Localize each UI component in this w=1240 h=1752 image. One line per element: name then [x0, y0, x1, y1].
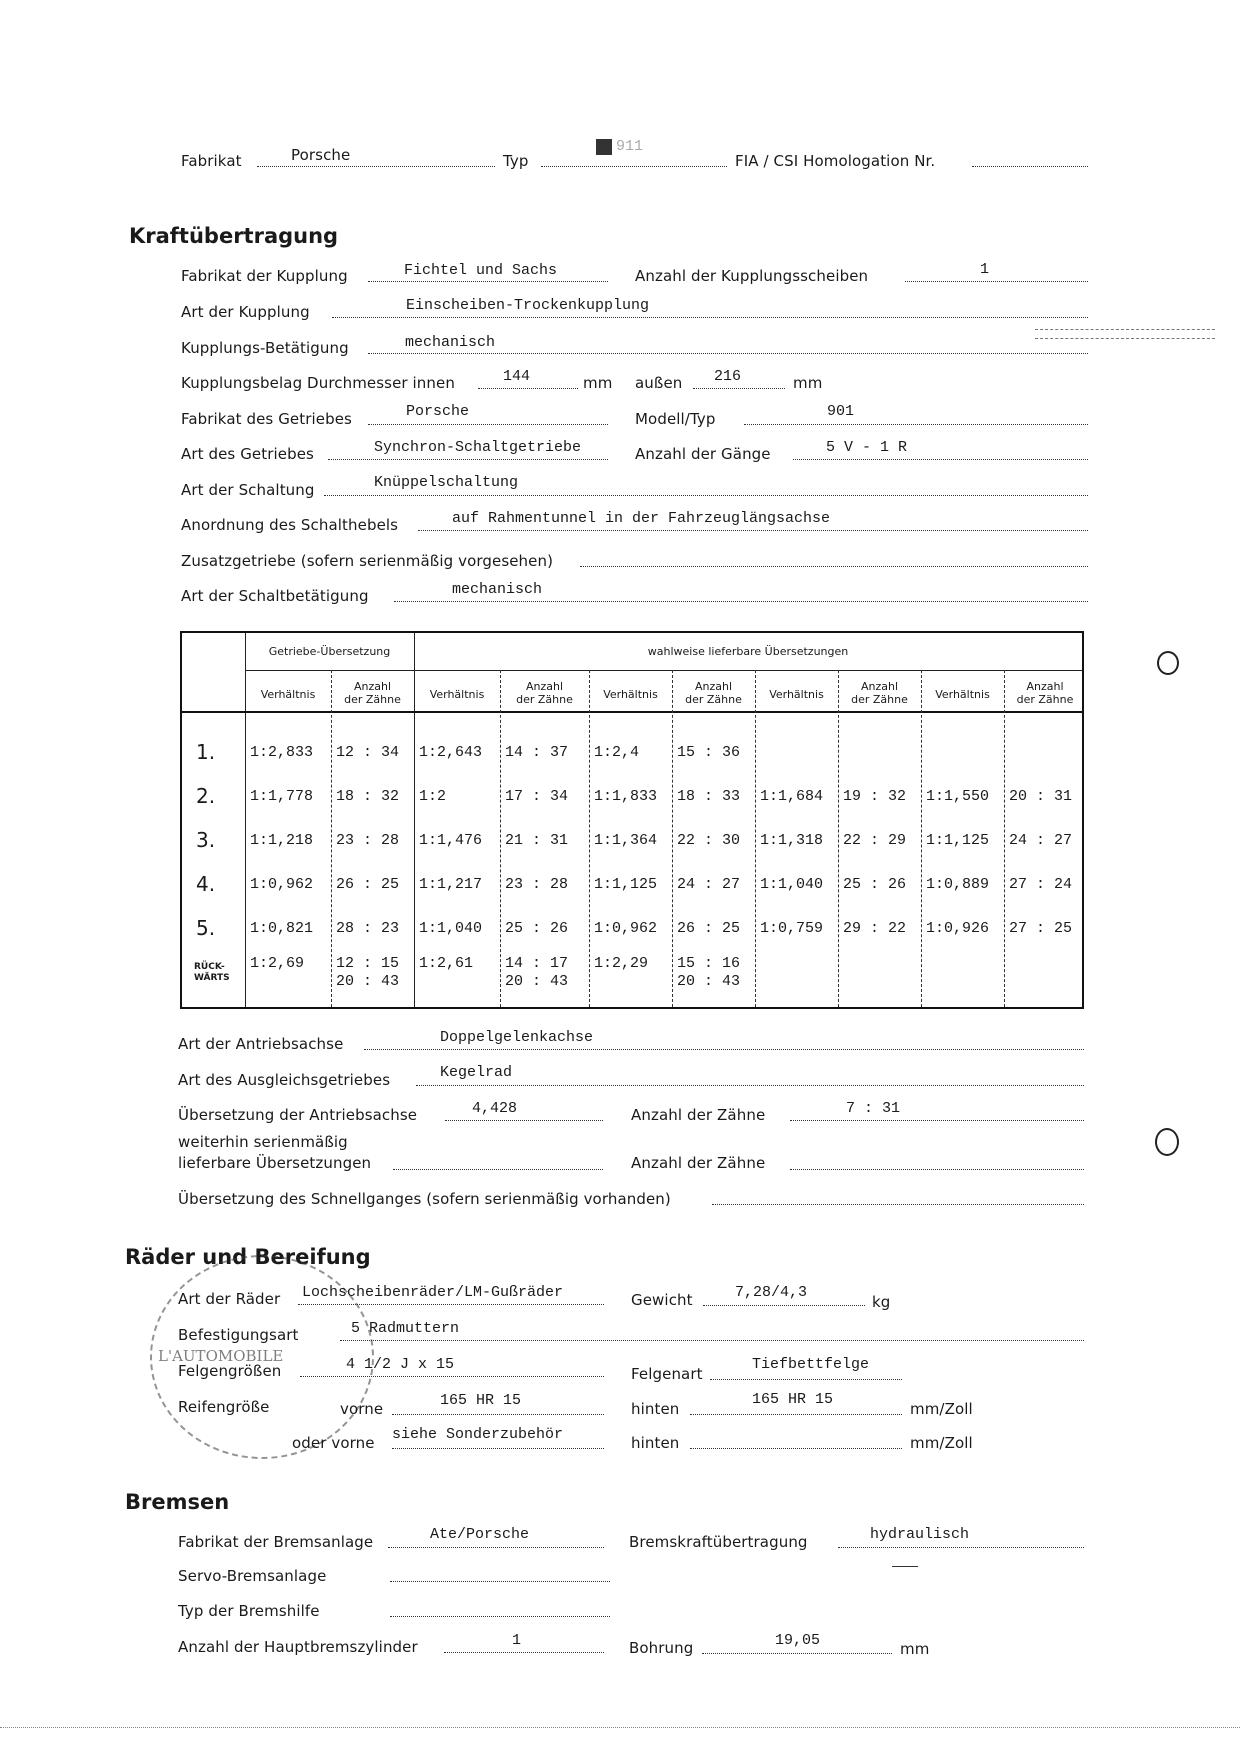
gear-ratio-table: Getriebe-Übersetzung wahlweise lieferbar… — [180, 631, 1084, 1009]
weiterhin-label-2: lieferbare Übersetzungen — [178, 1154, 371, 1172]
fabrikat-getriebe-label: Fabrikat des Getriebes — [181, 410, 352, 428]
belag-aussen-value[interactable]: 216 — [714, 368, 741, 385]
anzahl-zaehne-value[interactable]: 7 : 31 — [846, 1100, 900, 1117]
mm-zoll-label-2: mm/Zoll — [910, 1434, 973, 1452]
ratio-cell: 1:0,759 — [760, 920, 823, 937]
column-header-verhaeltnis: Verhältnis — [921, 688, 1004, 701]
column-header-verhaeltnis: Verhältnis — [245, 688, 331, 701]
vorne-label: vorne — [340, 1400, 383, 1418]
hinten-label: hinten — [631, 1400, 679, 1418]
ratio-cell: 1:2,61 — [419, 955, 473, 972]
ratio-cell: 1:0,889 — [926, 876, 989, 893]
gear-number: 2. — [196, 784, 215, 808]
art-getriebe-value[interactable]: Synchron-Schaltgetriebe — [374, 439, 581, 456]
reifen-hinten-value[interactable]: 165 HR 15 — [752, 1391, 833, 1408]
fabrikat-value[interactable]: Porsche — [291, 146, 350, 164]
oder-vorne-value[interactable]: siehe Sonderzubehör — [392, 1426, 563, 1443]
teeth-cell: 22 : 29 — [843, 832, 906, 849]
mm-zoll-label: mm/Zoll — [910, 1400, 973, 1418]
fabrikat-getriebe-value[interactable]: Porsche — [406, 403, 469, 420]
teeth-cell: 20 : 43 — [677, 973, 740, 990]
teeth-cell: 12 : 15 — [336, 955, 399, 972]
header-getriebe-uebersetzung: Getriebe-Übersetzung — [245, 645, 414, 658]
ratio-cell: 1:0,926 — [926, 920, 989, 937]
felgengroessen-label: Felgengrößen — [178, 1362, 281, 1380]
teeth-cell: 23 : 28 — [505, 876, 568, 893]
schaltbetaetigung-value[interactable]: mechanisch — [452, 581, 542, 598]
reifen-vorne-value[interactable]: 165 HR 15 — [440, 1392, 521, 1409]
teeth-cell: 26 : 25 — [677, 920, 740, 937]
column-header-verhaeltnis: Verhältnis — [589, 688, 672, 701]
antriebsachse-label: Art der Antriebsachse — [178, 1035, 343, 1053]
hinten-label-2: hinten — [631, 1434, 679, 1452]
modell-value[interactable]: 901 — [827, 403, 854, 420]
typ-label: Typ — [503, 152, 529, 170]
scan-artifact — [1035, 329, 1215, 339]
teeth-cell: 27 : 25 — [1009, 920, 1072, 937]
teeth-cell: 12 : 34 — [336, 744, 399, 761]
ratio-cell: 1:1,684 — [760, 788, 823, 805]
hauptbremszylinder-value[interactable]: 1 — [512, 1632, 521, 1649]
ratio-cell: 1:2 — [419, 788, 446, 805]
teeth-cell: 25 : 26 — [505, 920, 568, 937]
teeth-cell: 15 : 16 — [677, 955, 740, 972]
teeth-cell: 20 : 43 — [336, 973, 399, 990]
column-header-anzahl-zaehne: Anzahlder Zähne — [838, 680, 921, 706]
belag-innen-value[interactable]: 144 — [503, 368, 530, 385]
teeth-cell: 28 : 23 — [336, 920, 399, 937]
anzahl-zaehne-label: Anzahl der Zähne — [631, 1106, 765, 1124]
teeth-cell: 23 : 28 — [336, 832, 399, 849]
kupplungsscheiben-label: Anzahl der Kupplungsscheiben — [635, 267, 868, 285]
ratio-cell: 1:1,476 — [419, 832, 482, 849]
uebersetzung-antriebsachse-label: Übersetzung der Antriebsachse — [178, 1106, 417, 1124]
ratio-cell: 1:1,778 — [250, 788, 313, 805]
ratio-cell: 1:1,125 — [926, 832, 989, 849]
gear-number: 5. — [196, 916, 215, 940]
ratio-cell: 1:0,821 — [250, 920, 313, 937]
belag-label: Kupplungsbelag Durchmesser innen — [181, 374, 455, 392]
schaltbetaetigung-label: Art der Schaltbetätigung — [181, 587, 369, 605]
column-header-anzahl-zaehne: Anzahlder Zähne — [331, 680, 414, 706]
kg-label: kg — [872, 1293, 890, 1311]
teeth-cell: 25 : 26 — [843, 876, 906, 893]
gear-number: 4. — [196, 872, 215, 896]
redaction-block — [596, 139, 612, 155]
teeth-cell: 27 : 24 — [1009, 876, 1072, 893]
antriebsachse-value[interactable]: Doppelgelenkachse — [440, 1029, 593, 1046]
gewicht-value[interactable]: 7,28/4,3 — [735, 1284, 807, 1301]
bohrung-label: Bohrung — [629, 1639, 693, 1657]
teeth-cell: 22 : 30 — [677, 832, 740, 849]
ratio-cell: 1:1,125 — [594, 876, 657, 893]
schaltung-label: Art der Schaltung — [181, 481, 315, 499]
gewicht-label: Gewicht — [631, 1291, 693, 1309]
ratio-cell: 1:1,040 — [419, 920, 482, 937]
teeth-cell: 21 : 31 — [505, 832, 568, 849]
ausgleichsgetriebe-value[interactable]: Kegelrad — [440, 1064, 512, 1081]
art-getriebe-label: Art des Getriebes — [181, 445, 314, 463]
ratio-cell: 1:0,962 — [594, 920, 657, 937]
teeth-cell: 15 : 36 — [677, 744, 740, 761]
ratio-cell: 1:1,040 — [760, 876, 823, 893]
art-raeder-label: Art der Räder — [178, 1290, 280, 1308]
reifengroesse-label: Reifengröße — [178, 1398, 269, 1416]
ausgleichsgetriebe-label: Art des Ausgleichsgetriebes — [178, 1071, 390, 1089]
bremsanlage-value[interactable]: Ate/Porsche — [430, 1526, 529, 1543]
ratio-cell: 1:2,4 — [594, 744, 639, 761]
column-header-anzahl-zaehne: Anzahlder Zähne — [1004, 680, 1086, 706]
punch-hole-mark — [1157, 651, 1179, 675]
bremskraft-value[interactable]: hydraulisch — [870, 1526, 969, 1543]
bremshilfe-label: Typ der Bremshilfe — [178, 1602, 320, 1620]
modell-label: Modell/Typ — [635, 410, 715, 428]
teeth-cell: 29 : 22 — [843, 920, 906, 937]
teeth-cell: 20 : 43 — [505, 973, 568, 990]
column-divider — [672, 670, 673, 1007]
page-edge — [0, 1727, 1240, 1728]
column-header-verhaeltnis: Verhältnis — [755, 688, 838, 701]
ratio-cell: 1:1,218 — [250, 832, 313, 849]
mm-label-bohrung: mm — [900, 1640, 929, 1658]
bohrung-value[interactable]: 19,05 — [775, 1632, 820, 1649]
teeth-cell: 19 : 32 — [843, 788, 906, 805]
mm-label-2: mm — [793, 374, 822, 392]
art-kupplung-value[interactable]: Einscheiben-Trockenkupplung — [406, 297, 649, 314]
befestigungsart-label: Befestigungsart — [178, 1326, 299, 1344]
ratio-cell: 1:2,833 — [250, 744, 313, 761]
fabrikat-label: Fabrikat — [181, 152, 242, 170]
ratio-cell: 1:1,364 — [594, 832, 657, 849]
teeth-cell: 18 : 32 — [336, 788, 399, 805]
art-raeder-value[interactable]: Lochscheibenräder/LM-Gußräder — [302, 1284, 563, 1301]
ratio-cell: 1:2,69 — [250, 955, 304, 972]
teeth-cell: 18 : 33 — [677, 788, 740, 805]
column-divider — [921, 670, 922, 1007]
ratio-cell: 1:2,643 — [419, 744, 482, 761]
zusatzgetriebe-label: Zusatzgetriebe (sofern serienmäßig vorge… — [181, 552, 553, 570]
column-header-anzahl-zaehne: Anzahlder Zähne — [500, 680, 589, 706]
kupplungsscheiben-value[interactable]: 1 — [980, 261, 989, 278]
column-header-verhaeltnis: Verhältnis — [414, 688, 500, 701]
bremsanlage-label: Fabrikat der Bremsanlage — [178, 1533, 373, 1551]
bremskraft-label: Bremskraftübertragung — [629, 1533, 808, 1551]
mm-label: mm — [583, 374, 612, 392]
servo-label: Servo-Bremsanlage — [178, 1567, 326, 1585]
felgengroessen-value[interactable]: 4 1/2 J x 15 — [346, 1356, 454, 1373]
dash-mark — [892, 1566, 918, 1567]
felgenart-label: Felgenart — [631, 1365, 703, 1383]
kupplungs-betaetigung-label: Kupplungs-Betätigung — [181, 339, 349, 357]
section-title-bremsen: Bremsen — [125, 1490, 229, 1514]
teeth-cell: 24 : 27 — [1009, 832, 1072, 849]
gear-number: 3. — [196, 828, 215, 852]
column-divider — [1004, 670, 1005, 1007]
schnellgang-label: Übersetzung des Schnellganges (sofern se… — [178, 1190, 671, 1208]
teeth-cell: 14 : 37 — [505, 744, 568, 761]
ratio-cell: 1:1,217 — [419, 876, 482, 893]
column-header-anzahl-zaehne: Anzahlder Zähne — [672, 680, 755, 706]
teeth-cell: 20 : 31 — [1009, 788, 1072, 805]
teeth-cell: 24 : 27 — [677, 876, 740, 893]
teeth-cell: 17 : 34 — [505, 788, 568, 805]
ratio-cell: 1:1,550 — [926, 788, 989, 805]
fabrikat-kupplung-label: Fabrikat der Kupplung — [181, 267, 348, 285]
column-divider — [755, 670, 756, 1007]
gaenge-value[interactable]: 5 V - 1 R — [826, 439, 907, 456]
fabrikat-kupplung-value[interactable]: Fichtel und Sachs — [404, 262, 557, 279]
homologation-label: FIA / CSI Homologation Nr. — [735, 152, 935, 170]
befestigungsart-value[interactable]: 5 Radmuttern — [351, 1320, 459, 1337]
section-title-kraftuebertragung: Kraftübertragung — [129, 224, 338, 248]
kupplungs-betaetigung-value[interactable]: mechanisch — [405, 334, 495, 351]
art-kupplung-label: Art der Kupplung — [181, 303, 310, 321]
felgenart-value[interactable]: Tiefbettfelge — [752, 1356, 869, 1373]
column-divider — [500, 670, 501, 1007]
punch-hole-mark — [1155, 1128, 1179, 1156]
ratio-cell: 1:0,962 — [250, 876, 313, 893]
header-wahlweise: wahlweise lieferbare Übersetzungen — [414, 645, 1082, 658]
ratio-cell: 1:1,833 — [594, 788, 657, 805]
teeth-cell: 26 : 25 — [336, 876, 399, 893]
oder-vorne-label: oder vorne — [292, 1434, 375, 1452]
typ-value[interactable]: 911 — [616, 138, 643, 155]
column-divider — [331, 670, 332, 1007]
teeth-cell: 14 : 17 — [505, 955, 568, 972]
schaltung-value[interactable]: Knüppelschaltung — [374, 474, 518, 491]
column-divider — [838, 670, 839, 1007]
schalthebel-value[interactable]: auf Rahmentunnel in der Fahrzeuglängsach… — [452, 510, 830, 527]
ratio-cell: 1:2,29 — [594, 955, 648, 972]
reverse-gear-label: RÜCK-WÄRTS — [194, 962, 230, 984]
schalthebel-label: Anordnung des Schalthebels — [181, 516, 398, 534]
aussen-label: außen — [635, 374, 682, 392]
uebersetzung-antriebsachse-value[interactable]: 4,428 — [472, 1100, 517, 1117]
weiterhin-label-1: weiterhin serienmäßig — [178, 1133, 348, 1151]
gaenge-label: Anzahl der Gänge — [635, 445, 771, 463]
ratio-cell: 1:1,318 — [760, 832, 823, 849]
gear-number: 1. — [196, 740, 215, 764]
hauptbremszylinder-label: Anzahl der Hauptbremszylinder — [178, 1638, 418, 1656]
anzahl-zaehne-label-2: Anzahl der Zähne — [631, 1154, 765, 1172]
column-divider — [589, 670, 590, 1007]
